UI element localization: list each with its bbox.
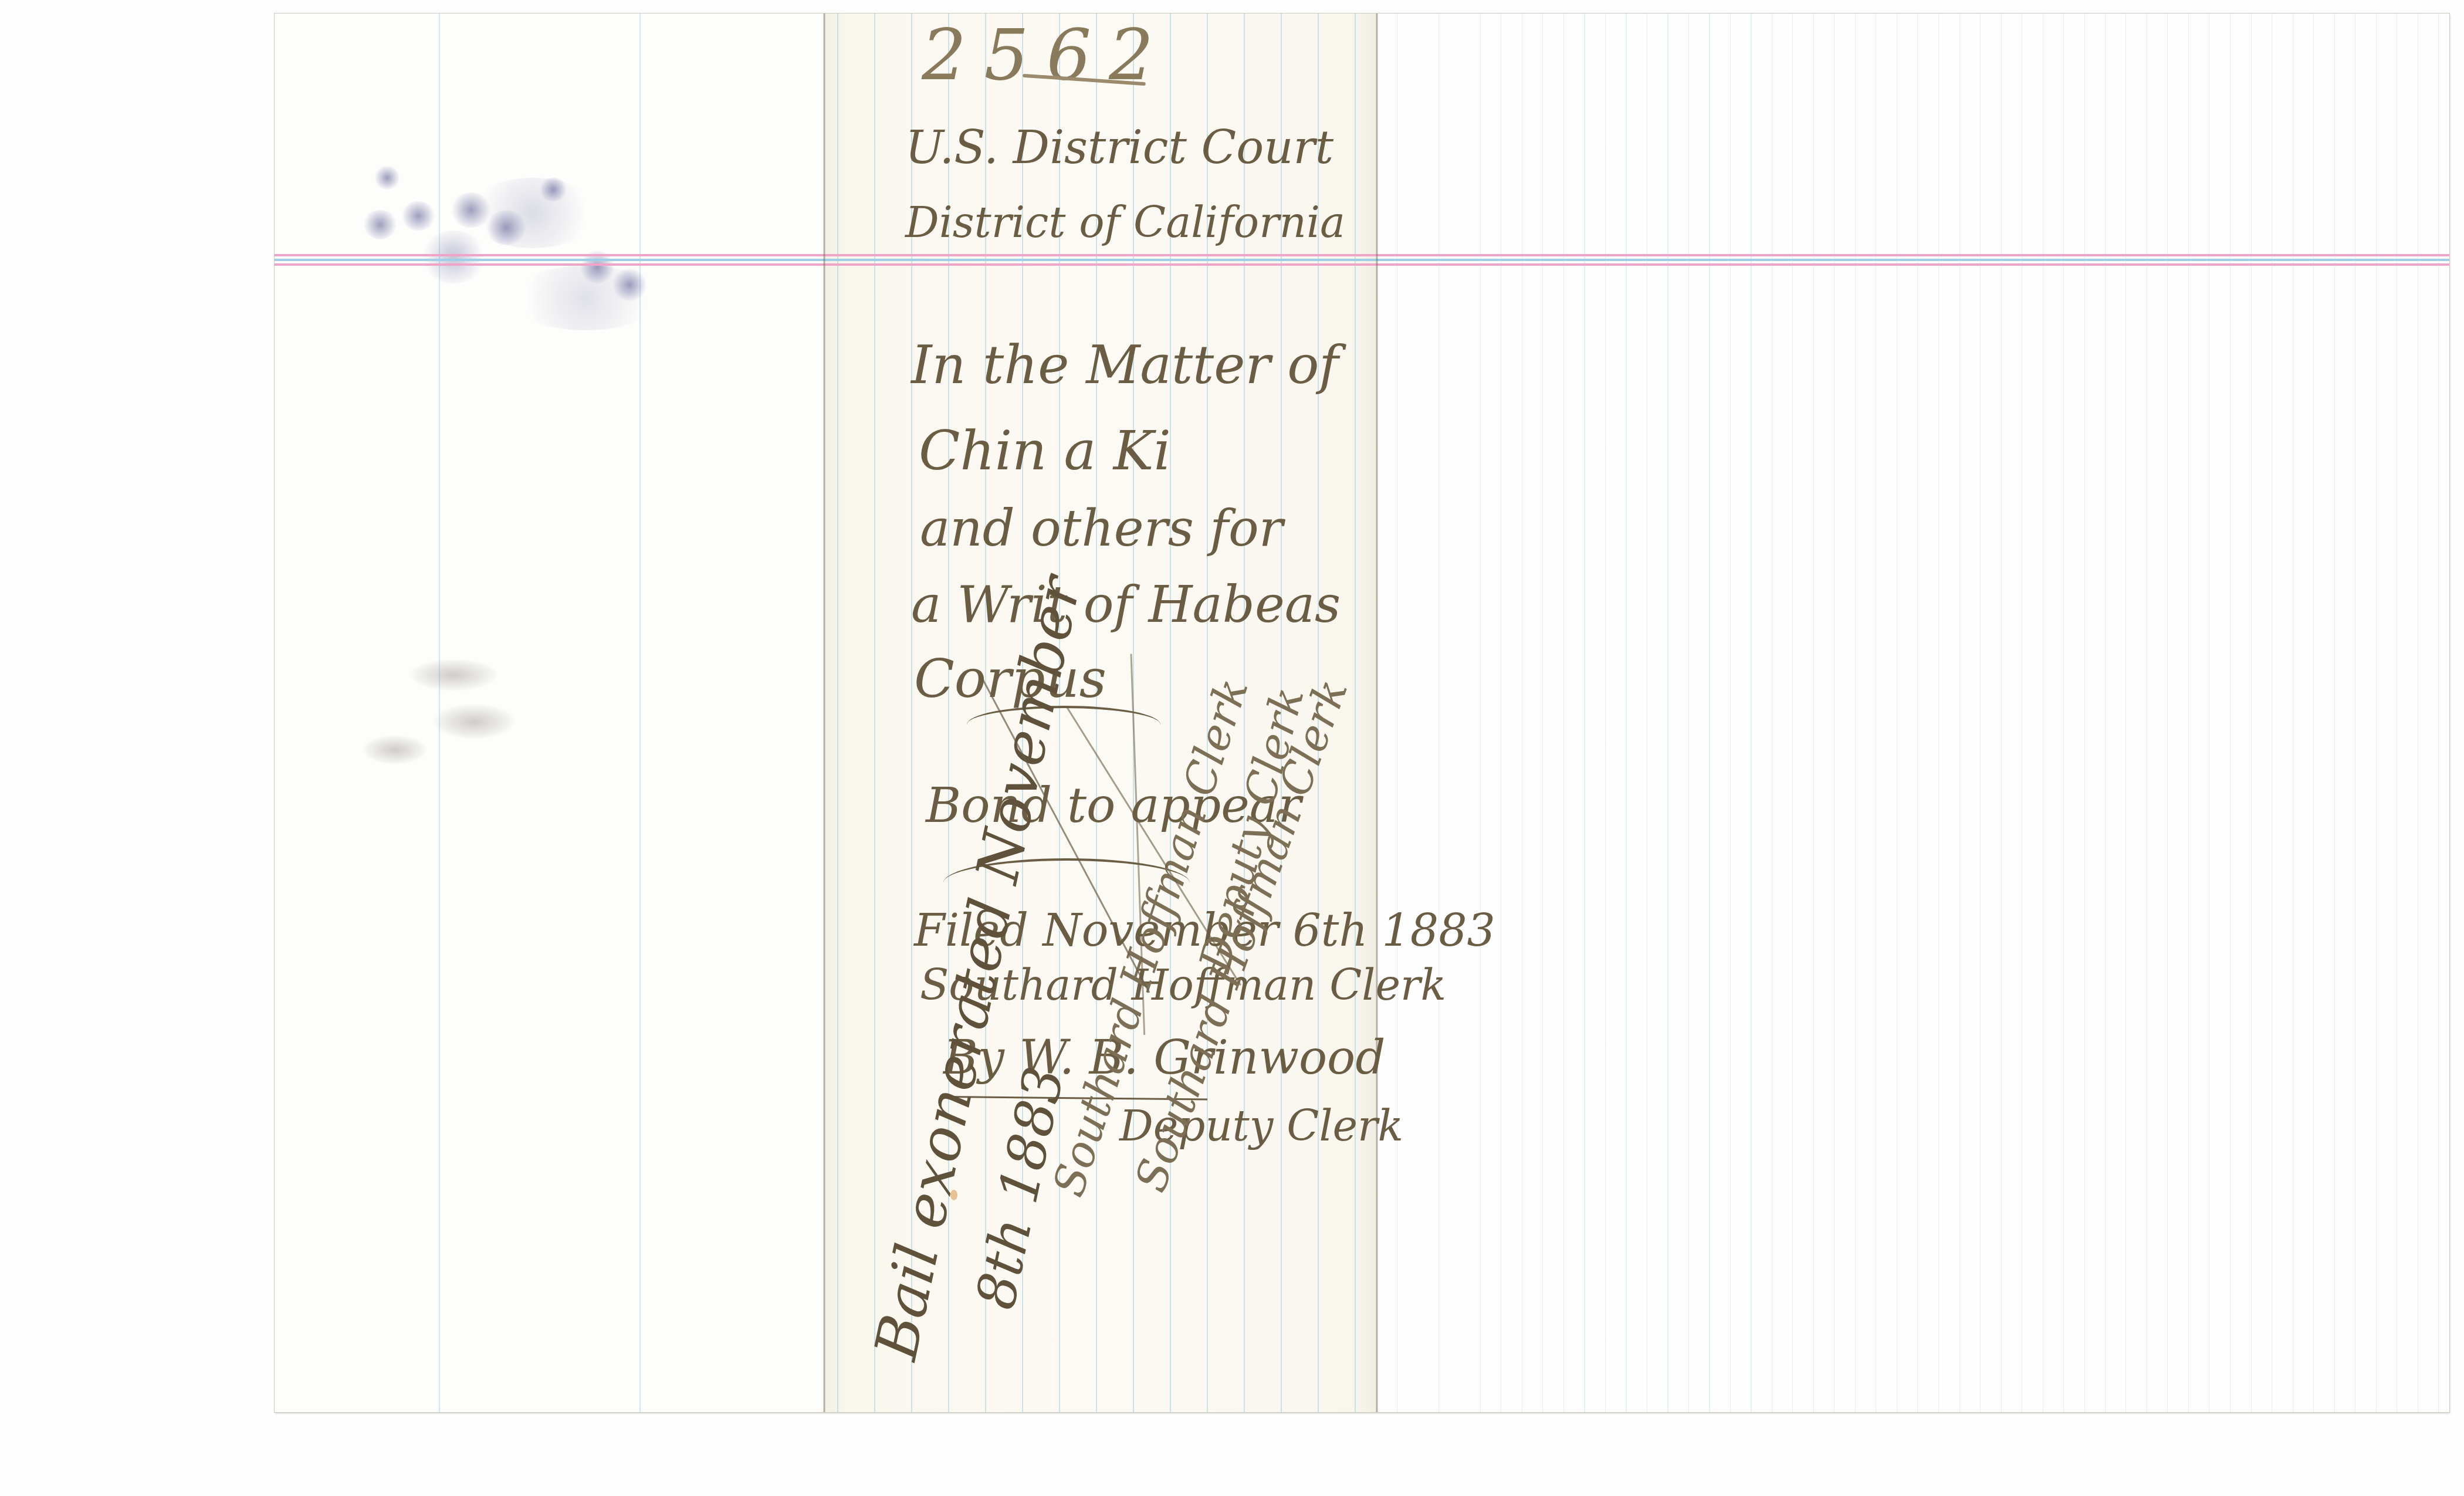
court-name: U.S. District Court <box>905 125 1333 171</box>
right-panel <box>1377 13 2449 1412</box>
ink-stain <box>468 178 597 248</box>
rule-pink <box>824 254 1377 256</box>
rule-pink <box>824 263 1377 266</box>
caption-line: In the Matter of <box>911 339 1339 392</box>
rule-pink <box>1377 263 2449 266</box>
ink-stain <box>401 201 436 231</box>
caption-party: Chin a Ki <box>919 424 1171 478</box>
ink-stain <box>509 266 662 330</box>
district-name: District of California <box>905 201 1345 243</box>
rule-pink <box>1377 254 2449 256</box>
caption-line: and others for <box>920 503 1283 554</box>
rule-blue <box>824 259 1377 261</box>
rule-blue <box>275 259 824 261</box>
caption-line: a Writ of Habeas <box>911 580 1341 630</box>
fold-crease <box>823 13 825 1412</box>
pencil-smudge <box>363 735 427 764</box>
court-document-sheet: 2562 U.S. District Court District of Cal… <box>275 13 2449 1412</box>
case-number: 2562 <box>922 21 1171 91</box>
rule-pink <box>275 254 824 256</box>
pencil-smudge <box>409 659 497 691</box>
ink-stain <box>421 231 486 283</box>
rule-blue <box>1377 259 2449 261</box>
rule-pink <box>275 263 824 266</box>
fold-crease <box>1376 13 1378 1412</box>
ink-stain <box>539 178 568 201</box>
ink-stain <box>374 166 400 189</box>
pencil-smudge <box>433 704 515 739</box>
ink-stain <box>363 210 398 239</box>
left-panel <box>275 13 824 1412</box>
